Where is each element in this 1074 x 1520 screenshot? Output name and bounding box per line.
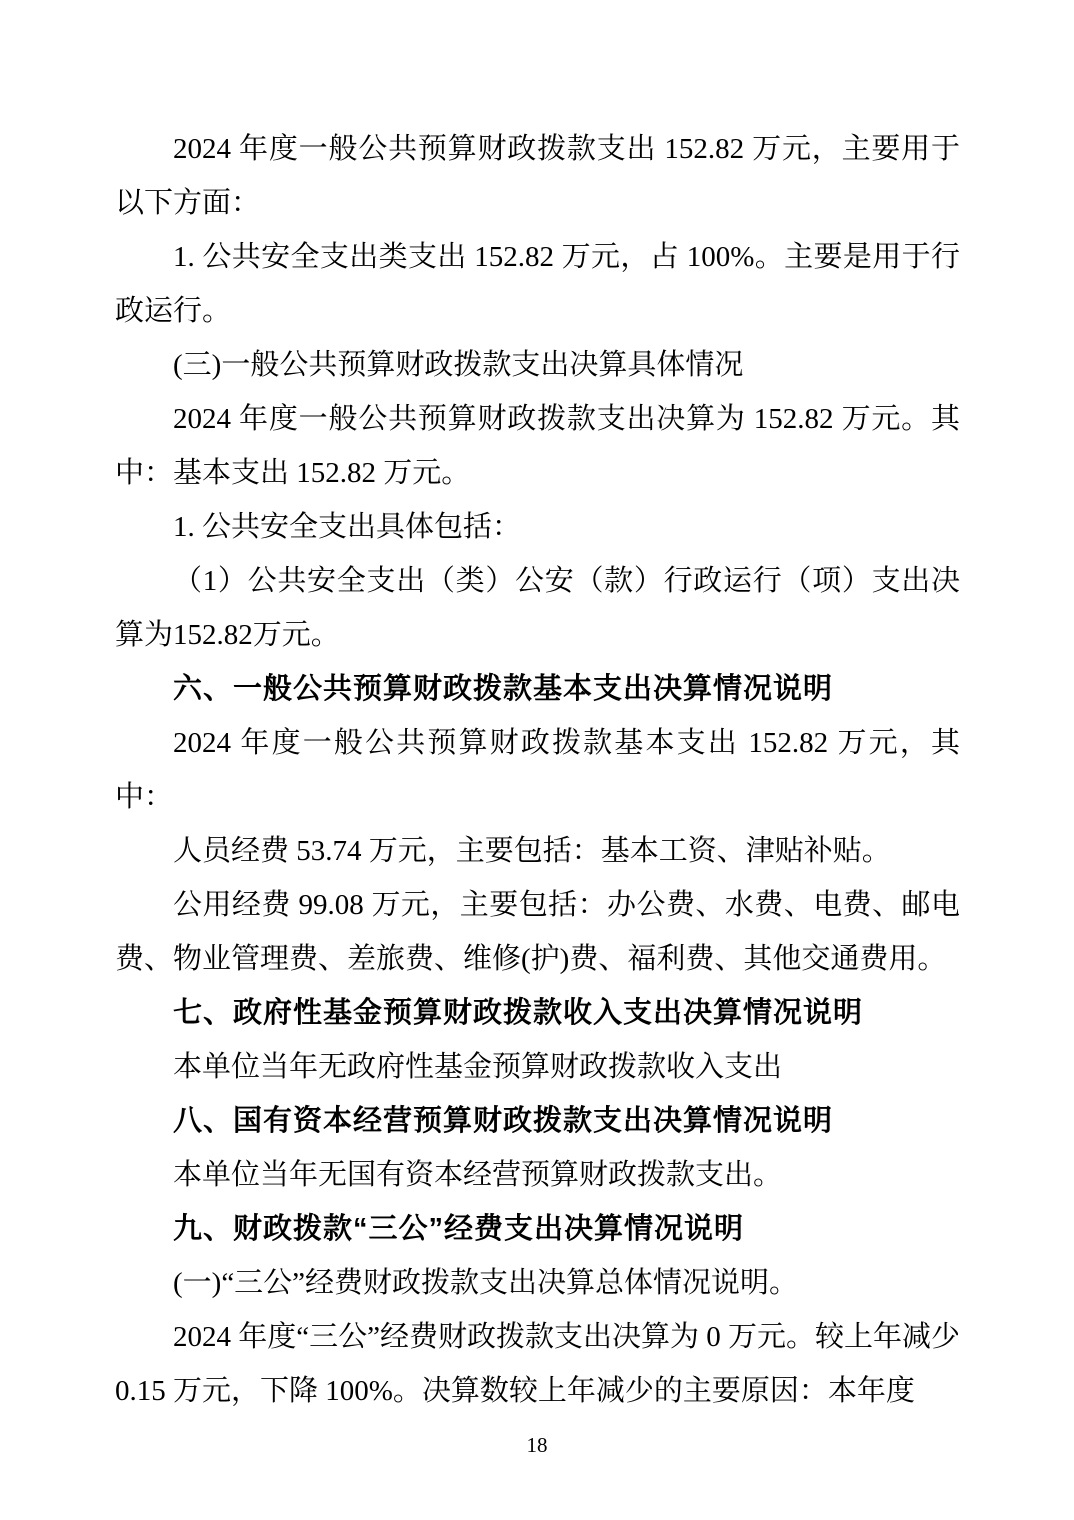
document-body: 2024 年度一般公共预算财政拨款支出 152.82 万元，主要用于以下方面： …: [115, 122, 960, 1418]
heading-section-7-gov-fund: 七、政府性基金预算财政拨款收入支出决算情况说明: [115, 986, 960, 1040]
body-paragraph-public-operating-expense: 公用经费 99.08 万元，主要包括：办公费、水费、电费、邮电费、物业管理费、差…: [115, 878, 960, 986]
heading-section-9-three-public: 九、财政拨款“三公”经费支出决算情况说明: [115, 1202, 960, 1256]
body-paragraph-no-state-capital: 本单位当年无国有资本经营预算财政拨款支出。: [115, 1148, 960, 1202]
subheading-section-3-expense-detail: (三)一般公共预算财政拨款支出决算具体情况: [115, 338, 960, 392]
body-paragraph-public-safety-expense: 1. 公共安全支出类支出 152.82 万元，占 100%。主要是用于行政运行。: [115, 230, 960, 338]
body-paragraph-three-public-final: 2024 年度“三公”经费财政拨款支出决算为 0 万元。较上年减少 0.15 万…: [115, 1310, 960, 1418]
body-paragraph-personnel-expense: 人员经费 53.74 万元，主要包括：基本工资、津贴补贴。: [115, 824, 960, 878]
page-footer: 18: [0, 1430, 1074, 1460]
body-paragraph-budget-expense-overview: 2024 年度一般公共预算财政拨款支出 152.82 万元，主要用于以下方面：: [115, 122, 960, 230]
document-page: 2024 年度一般公共预算财政拨款支出 152.82 万元，主要用于以下方面： …: [0, 0, 1074, 1520]
body-paragraph-public-safety-includes: 1. 公共安全支出具体包括：: [115, 500, 960, 554]
heading-section-8-state-capital: 八、国有资本经营预算财政拨款支出决算情况说明: [115, 1094, 960, 1148]
page-number: 18: [527, 1433, 548, 1457]
body-paragraph-no-gov-fund: 本单位当年无政府性基金预算财政拨款收入支出: [115, 1040, 960, 1094]
body-paragraph-item-1-admin-operation: （1）公共安全支出（类）公安（款）行政运行（项）支出决算为152.82万元。: [115, 554, 960, 662]
body-paragraph-basic-expense-total: 2024 年度一般公共预算财政拨款基本支出 152.82 万元，其中：: [115, 716, 960, 824]
heading-section-6-basic-expense: 六、一般公共预算财政拨款基本支出决算情况说明: [115, 662, 960, 716]
body-paragraph-expense-final-accounts: 2024 年度一般公共预算财政拨款支出决算为 152.82 万元。其中：基本支出…: [115, 392, 960, 500]
subheading-three-public-overview: (一)“三公”经费财政拨款支出决算总体情况说明。: [115, 1256, 960, 1310]
